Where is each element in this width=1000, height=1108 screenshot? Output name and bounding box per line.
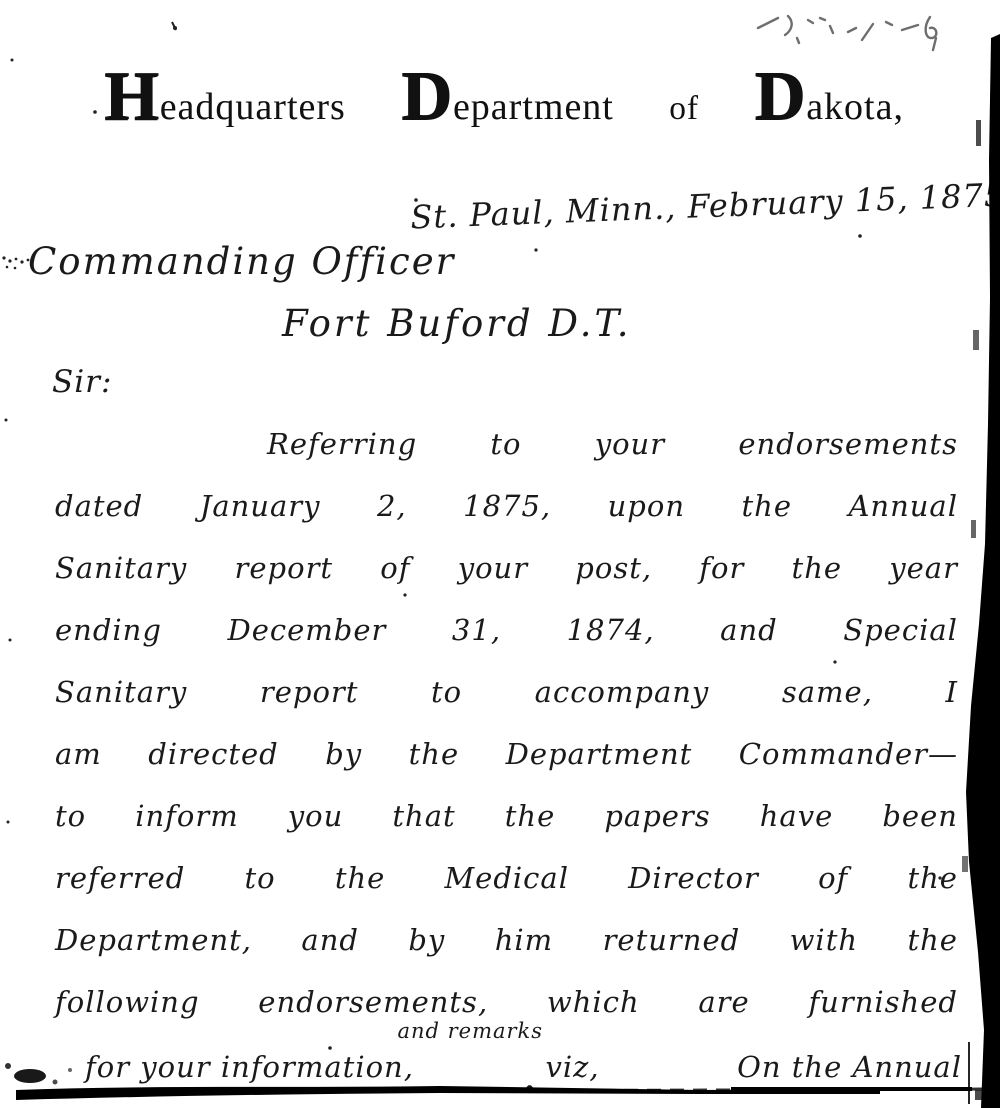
word: you: [288, 802, 344, 831]
word: have: [760, 802, 834, 831]
body-line: amdirectedbytheDepartmentCommander—: [55, 740, 958, 769]
word: ending: [55, 616, 162, 645]
word: that: [392, 802, 455, 831]
letterhead-word-of: of: [669, 90, 699, 128]
body-line-last: for your information, and remarks ^ viz,…: [85, 1050, 972, 1091]
word: for: [699, 554, 744, 583]
word: the: [792, 554, 843, 583]
interlinear-insertion: and remarks: [397, 1019, 543, 1043]
word: been: [882, 802, 958, 831]
word: Annual: [848, 492, 958, 521]
word: the: [409, 740, 460, 769]
document-page: Headquarters Department of Dakota, St. P…: [0, 0, 1000, 1108]
word: accompany: [535, 678, 710, 707]
pencil-scrawl: [758, 16, 936, 50]
word: your: [595, 430, 665, 459]
word: by: [325, 740, 362, 769]
word: with: [790, 926, 858, 955]
word: Director: [628, 864, 759, 893]
body-line: toinformyouthatthepapershavebeen: [55, 802, 958, 831]
letterhead: Headquarters Department of Dakota,: [104, 56, 904, 137]
word: of: [818, 864, 848, 893]
body-line: endingDecember31,1874,andSpecial: [55, 616, 958, 645]
word: dated: [55, 492, 143, 521]
word: Sanitary: [55, 554, 187, 583]
word: papers: [604, 802, 710, 831]
word: and: [301, 926, 359, 955]
word: are: [698, 988, 749, 1017]
word: Sanitary: [55, 678, 187, 707]
recipient-post: Fort Buford D.T.: [282, 302, 631, 345]
word: January: [200, 492, 321, 521]
word: am: [55, 740, 102, 769]
body-line: datedJanuary2,1875,upontheAnnual: [55, 492, 958, 521]
word: the: [741, 492, 792, 521]
body-line: Sanitaryreportofyourpost,fortheyear: [55, 554, 958, 583]
underlined-phrase: On the Annual: [731, 1050, 972, 1091]
word: returned: [603, 926, 741, 955]
word: report: [260, 678, 359, 707]
word: I: [945, 678, 957, 707]
word: Referring: [267, 430, 417, 459]
word: to: [490, 430, 521, 459]
word: the: [907, 926, 958, 955]
viz-group: and remarks ^ viz,: [545, 1050, 599, 1084]
word: 31,: [452, 616, 501, 645]
letterhead-word-headquarters: Headquarters: [104, 56, 346, 137]
word: your: [458, 554, 528, 583]
word: Commander—: [739, 740, 958, 769]
word: to: [55, 802, 86, 831]
body-line: Referringtoyourendorsements: [267, 430, 958, 459]
word: which: [547, 988, 640, 1017]
word: the: [335, 864, 386, 893]
body-line: Department,andbyhimreturnedwiththe: [55, 926, 958, 955]
letter-body: ReferringtoyourendorsementsdatedJanuary2…: [55, 430, 958, 1050]
word: the: [505, 802, 556, 831]
word: same,: [782, 678, 873, 707]
word: Department: [506, 740, 693, 769]
word: referred: [55, 864, 185, 893]
word: following: [55, 988, 200, 1017]
dateline: St. Paul, Minn., February 15, 1875.: [410, 176, 996, 236]
word: and: [720, 616, 778, 645]
word: Special: [843, 616, 958, 645]
lastline-part1: for your information,: [85, 1050, 414, 1084]
word: by: [408, 926, 445, 955]
word: endorsements: [738, 430, 958, 459]
salutation: Sir:: [52, 364, 112, 400]
word: inform: [135, 802, 239, 831]
word: Department,: [55, 926, 252, 955]
word: 2,: [377, 492, 407, 521]
word: to: [245, 864, 276, 893]
body-line: Sanitaryreporttoaccompanysame,I: [55, 678, 958, 707]
word: the: [907, 864, 958, 893]
word: directed: [148, 740, 279, 769]
word: him: [495, 926, 553, 955]
word: year: [889, 554, 958, 583]
word: post,: [575, 554, 652, 583]
word: of: [380, 554, 410, 583]
insertion-caret-icon: ^: [519, 1080, 540, 1108]
word: endorsements,: [258, 988, 488, 1017]
letterhead-word-dakota: Dakota,: [754, 56, 904, 137]
word: upon: [608, 492, 685, 521]
word: 1874,: [567, 616, 655, 645]
recipient-title: Commanding Officer: [28, 240, 455, 283]
lastline-part2: viz,: [545, 1050, 599, 1084]
body-line: referredtotheMedicalDirectorofthe: [55, 864, 958, 893]
letterhead-word-department: Department: [401, 56, 614, 137]
word: to: [431, 678, 462, 707]
body-line: followingendorsements,whicharefurnished: [55, 988, 958, 1017]
word: 1875,: [463, 492, 551, 521]
word: furnished: [808, 988, 958, 1017]
word: report: [235, 554, 334, 583]
word: December: [227, 616, 386, 645]
word: Medical: [444, 864, 569, 893]
